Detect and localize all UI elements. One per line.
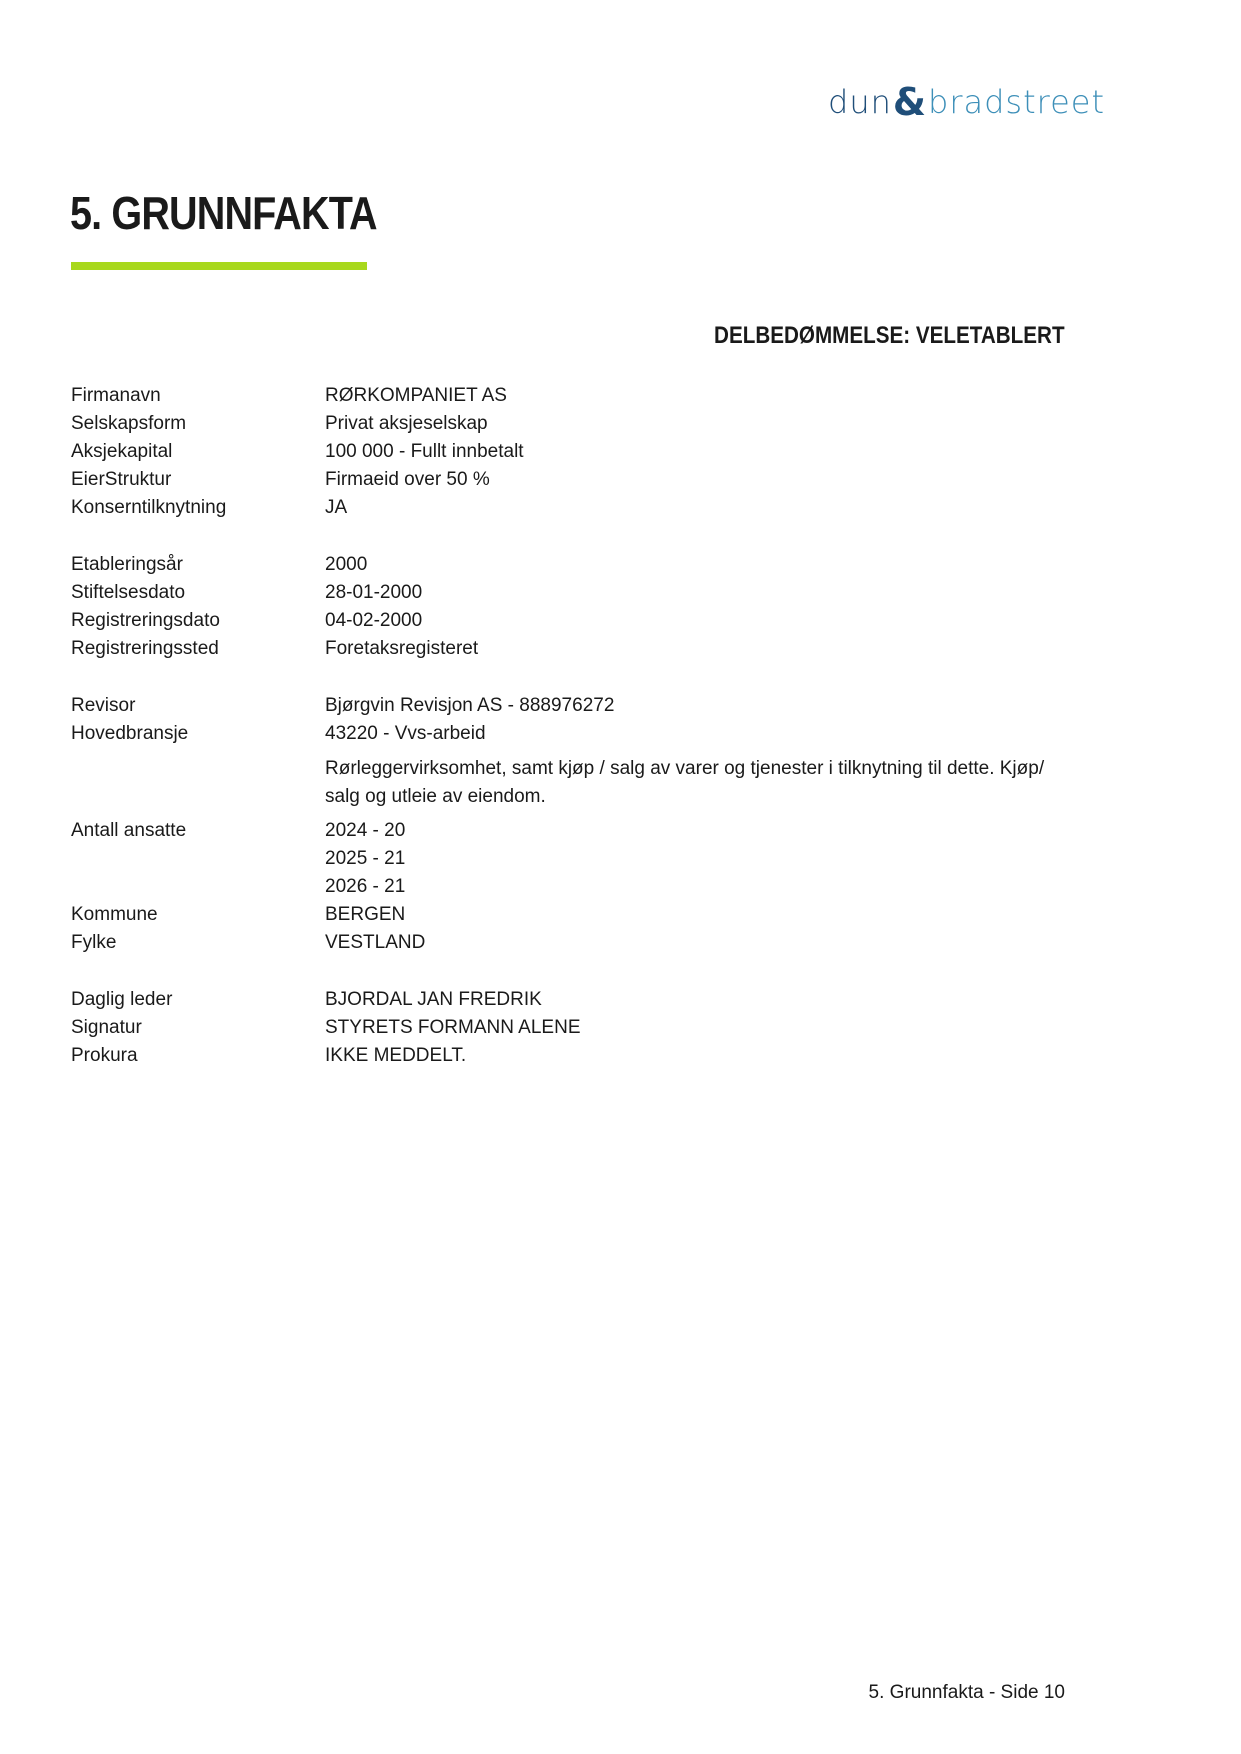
fact-value: Privat aksjeselskap — [325, 410, 1061, 438]
fact-label: EierStruktur — [71, 466, 325, 494]
fact-row-selskapsform: Selskapsform Privat aksjeselskap — [71, 410, 1061, 438]
fact-value: Bjørgvin Revisjon AS - 888976272 — [325, 692, 1061, 720]
fact-value: IKKE MEDDELT. — [325, 1042, 1061, 1070]
fact-label: Kommune — [71, 901, 325, 929]
fact-label: Signatur — [71, 1014, 325, 1042]
fact-value: 2025 - 21 — [325, 845, 1061, 873]
fact-row-konserntilknytning: Konserntilknytning JA — [71, 494, 1061, 522]
logo-ampersand: & — [893, 80, 927, 124]
fact-value: JA — [325, 494, 1061, 522]
title-underline — [71, 262, 367, 270]
section-gap — [71, 522, 1061, 551]
fact-label: Etableringsår — [71, 551, 325, 579]
fact-row-bransje-beskrivelse: Rørleggervirksomhet, samt kjøp / salg av… — [71, 755, 1061, 811]
fact-row-daglig-leder: Daglig leder BJORDAL JAN FREDRIK — [71, 986, 1061, 1014]
fact-row-stiftelsesdato: Stiftelsesdato 28-01-2000 — [71, 579, 1061, 607]
fact-value: 100 000 - Fullt innbetalt — [325, 438, 1061, 466]
industry-description: Rørleggervirksomhet, samt kjøp / salg av… — [325, 755, 1061, 811]
rating-heading: DELBEDØMMELSE: VELETABLERT — [714, 322, 1065, 350]
fact-label: Fylke — [71, 929, 325, 957]
fact-row-registreringssted: Registreringssted Foretaksregisteret — [71, 635, 1061, 663]
fact-label: Selskapsform — [71, 410, 325, 438]
fact-label-empty — [71, 755, 325, 811]
fact-label: Daglig leder — [71, 986, 325, 1014]
fact-row-signatur: Signatur STYRETS FORMANN ALENE — [71, 1014, 1061, 1042]
fact-value: 2026 - 21 — [325, 873, 1061, 901]
fact-row-kommune: Kommune BERGEN — [71, 901, 1061, 929]
fact-row-hovedbransje: Hovedbransje 43220 - Vvs-arbeid — [71, 720, 1061, 748]
fact-value: Firmaeid over 50 % — [325, 466, 1061, 494]
fact-value: BERGEN — [325, 901, 1061, 929]
fact-row-antall-ansatte: Antall ansatte 2024 - 20 — [71, 817, 1061, 845]
fact-label: Antall ansatte — [71, 817, 325, 845]
fact-row-antall-ansatte-2026: 2026 - 21 — [71, 873, 1061, 901]
logo-text-dun: dun — [828, 83, 892, 121]
logo-text-bradstreet: bradstreet — [928, 83, 1105, 121]
fact-value: 28-01-2000 — [325, 579, 1061, 607]
fact-label: Stiftelsesdato — [71, 579, 325, 607]
fact-label: Aksjekapital — [71, 438, 325, 466]
fact-value: VESTLAND — [325, 929, 1061, 957]
page-footer: 5. Grunnfakta - Side 10 — [869, 1682, 1065, 1704]
fact-value: 2000 — [325, 551, 1061, 579]
fact-row-aksjekapital: Aksjekapital 100 000 - Fullt innbetalt — [71, 438, 1061, 466]
fact-label: Firmanavn — [71, 382, 325, 410]
fact-row-eierstruktur: EierStruktur Firmaeid over 50 % — [71, 466, 1061, 494]
fact-row-etableringsar: Etableringsår 2000 — [71, 551, 1061, 579]
fact-value: 04-02-2000 — [325, 607, 1061, 635]
fact-value: 2024 - 20 — [325, 817, 1061, 845]
fact-value: 43220 - Vvs-arbeid — [325, 720, 1061, 748]
page-title: 5. GRUNNFAKTA — [70, 190, 377, 236]
fact-label: Hovedbransje — [71, 720, 325, 748]
fact-row-antall-ansatte-2025: 2025 - 21 — [71, 845, 1061, 873]
section-gap — [71, 957, 1061, 986]
fact-row-prokura: Prokura IKKE MEDDELT. — [71, 1042, 1061, 1070]
fact-row-firmanavn: Firmanavn RØRKOMPANIET AS — [71, 382, 1061, 410]
facts-table: Firmanavn RØRKOMPANIET AS Selskapsform P… — [71, 382, 1061, 1070]
fact-row-registreringsdato: Registreringsdato 04-02-2000 — [71, 607, 1061, 635]
dun-bradstreet-logo: dun&bradstreet — [828, 78, 1105, 122]
fact-label: Prokura — [71, 1042, 325, 1070]
fact-value: BJORDAL JAN FREDRIK — [325, 986, 1061, 1014]
fact-value: Foretaksregisteret — [325, 635, 1061, 663]
fact-label: Revisor — [71, 692, 325, 720]
fact-label: Konserntilknytning — [71, 494, 325, 522]
fact-row-revisor: Revisor Bjørgvin Revisjon AS - 888976272 — [71, 692, 1061, 720]
fact-row-fylke: Fylke VESTLAND — [71, 929, 1061, 957]
fact-value: RØRKOMPANIET AS — [325, 382, 1061, 410]
fact-label: Registreringssted — [71, 635, 325, 663]
fact-label-empty — [71, 845, 325, 873]
fact-value: STYRETS FORMANN ALENE — [325, 1014, 1061, 1042]
fact-label: Registreringsdato — [71, 607, 325, 635]
fact-label-empty — [71, 873, 325, 901]
section-gap — [71, 663, 1061, 692]
